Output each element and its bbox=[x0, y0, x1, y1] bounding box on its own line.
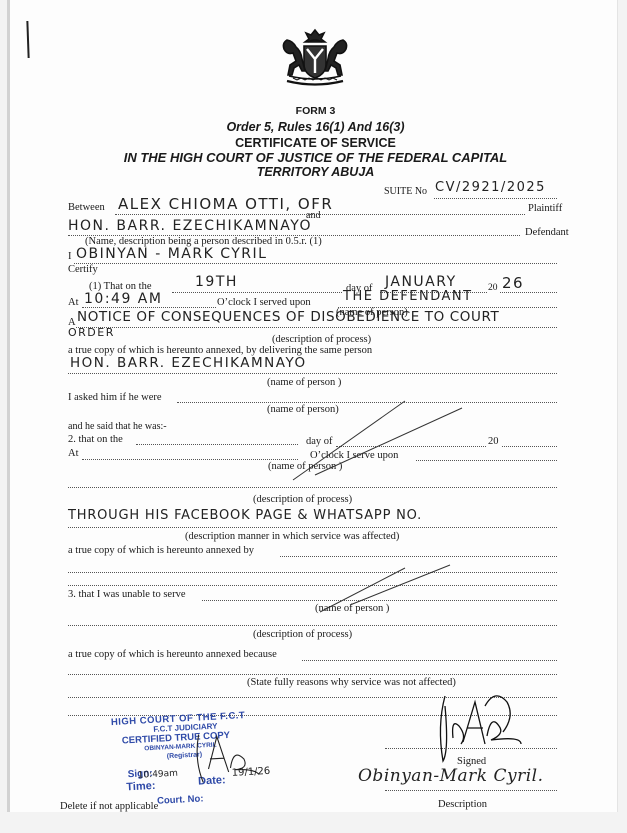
description-field[interactable]: Obinyan-Mark Cyril. bbox=[358, 766, 544, 786]
court-line-1: IN THE HIGH COURT OF JUSTICE OF THE FEDE… bbox=[10, 150, 618, 165]
at-label-2: At bbox=[68, 448, 79, 459]
between-label: Between bbox=[68, 202, 105, 213]
certifier-field[interactable]: OBINYAN - MARK CYRIL bbox=[76, 246, 267, 262]
month-field[interactable]: JANUARY bbox=[385, 274, 457, 290]
name-of-person-caption-3: (name of person ) bbox=[315, 603, 389, 614]
asked-caption: (name of person) bbox=[267, 404, 339, 415]
manner-caption: (description manner in which service was… bbox=[185, 531, 399, 542]
delivered-to-field[interactable]: HON. BARR. EZECHIKAMNAYO bbox=[70, 355, 307, 371]
delivered-caption: (name of person ) bbox=[267, 377, 341, 388]
annexed-by-label: a true copy of which is hereunto annexed… bbox=[68, 545, 254, 556]
plaintiff-label: Plaintiff bbox=[528, 203, 562, 214]
year-prefix: 20 bbox=[488, 283, 498, 293]
i-label: I bbox=[68, 251, 72, 262]
day-field[interactable]: 19TH bbox=[195, 274, 238, 290]
served-upon-label: O’clock I served upon bbox=[217, 297, 311, 308]
serve-upon-label-2: O’clock I serve upon bbox=[310, 450, 398, 461]
defendant-label: Defendant bbox=[525, 227, 569, 238]
process-caption-2: (description of process) bbox=[253, 494, 352, 505]
margin-mark bbox=[26, 21, 29, 58]
form-number: FORM 3 bbox=[10, 105, 618, 117]
year-prefix-2: 20 bbox=[488, 436, 499, 447]
process-field-line2[interactable]: ORDER bbox=[68, 326, 115, 339]
asked-label: I asked him if he were bbox=[68, 392, 162, 403]
certify-label: Certify bbox=[68, 264, 98, 275]
stamp-court-no-label: Court. No: bbox=[157, 793, 204, 806]
day-of-label-2: day of bbox=[306, 436, 333, 447]
court-line-2: TERRITORY ABUJA bbox=[10, 165, 618, 179]
time-field[interactable]: 10:49 AM bbox=[84, 291, 162, 307]
process-caption-3: (description of process) bbox=[253, 629, 352, 640]
footnote: Delete if not applicable bbox=[60, 801, 158, 812]
stamp-initials-mark bbox=[188, 726, 261, 785]
defendant-field[interactable]: HON. BARR. EZECHIKAMNAYO bbox=[68, 218, 312, 234]
suit-label: SUITE No bbox=[384, 186, 427, 197]
said-label: and he said that he was:- bbox=[68, 421, 167, 432]
certified-true-copy-stamp: HIGH COURT OF THE F.C.T F.C.T JUDICIARY … bbox=[83, 705, 298, 812]
that-on-label-2: 2. that on the bbox=[68, 434, 123, 445]
stamp-time-value: 10:49am bbox=[137, 769, 178, 781]
process-caption-1: (description of process) bbox=[272, 334, 371, 345]
signature-mark bbox=[425, 686, 535, 766]
certificate-title: CERTIFICATE OF SERVICE bbox=[10, 136, 618, 150]
served-upon-field[interactable]: THE DEFENDANT bbox=[343, 289, 473, 304]
unable-to-serve-label: 3. that I was unable to serve bbox=[68, 589, 186, 600]
annexed-because-label: a true copy of which is hereunto annexed… bbox=[68, 649, 277, 660]
description-label: Description bbox=[438, 799, 487, 810]
manner-of-service-field[interactable]: THROUGH HIS FACEBOOK PAGE & WHATSAPP NO. bbox=[68, 508, 422, 523]
stamp-time-label: Time: bbox=[126, 780, 156, 794]
process-field-line1[interactable]: NOTICE OF CONSEQUENCES OF DISOBEDIENCE T… bbox=[77, 309, 499, 325]
year-field[interactable]: 26 bbox=[502, 274, 524, 292]
suit-number-field[interactable]: CV/2921/2025 bbox=[435, 180, 546, 195]
name-of-person-caption-2: (name of person ) bbox=[268, 461, 342, 472]
at-label: At bbox=[68, 297, 79, 308]
coat-of-arms-icon bbox=[275, 26, 355, 88]
certificate-page: FORM 3 Order 5, Rules 16(1) And 16(3) CE… bbox=[7, 0, 618, 812]
plaintiff-field[interactable]: ALEX CHIOMA OTTI, OFR bbox=[118, 195, 333, 213]
order-rules: Order 5, Rules 16(1) And 16(3) bbox=[10, 120, 618, 134]
